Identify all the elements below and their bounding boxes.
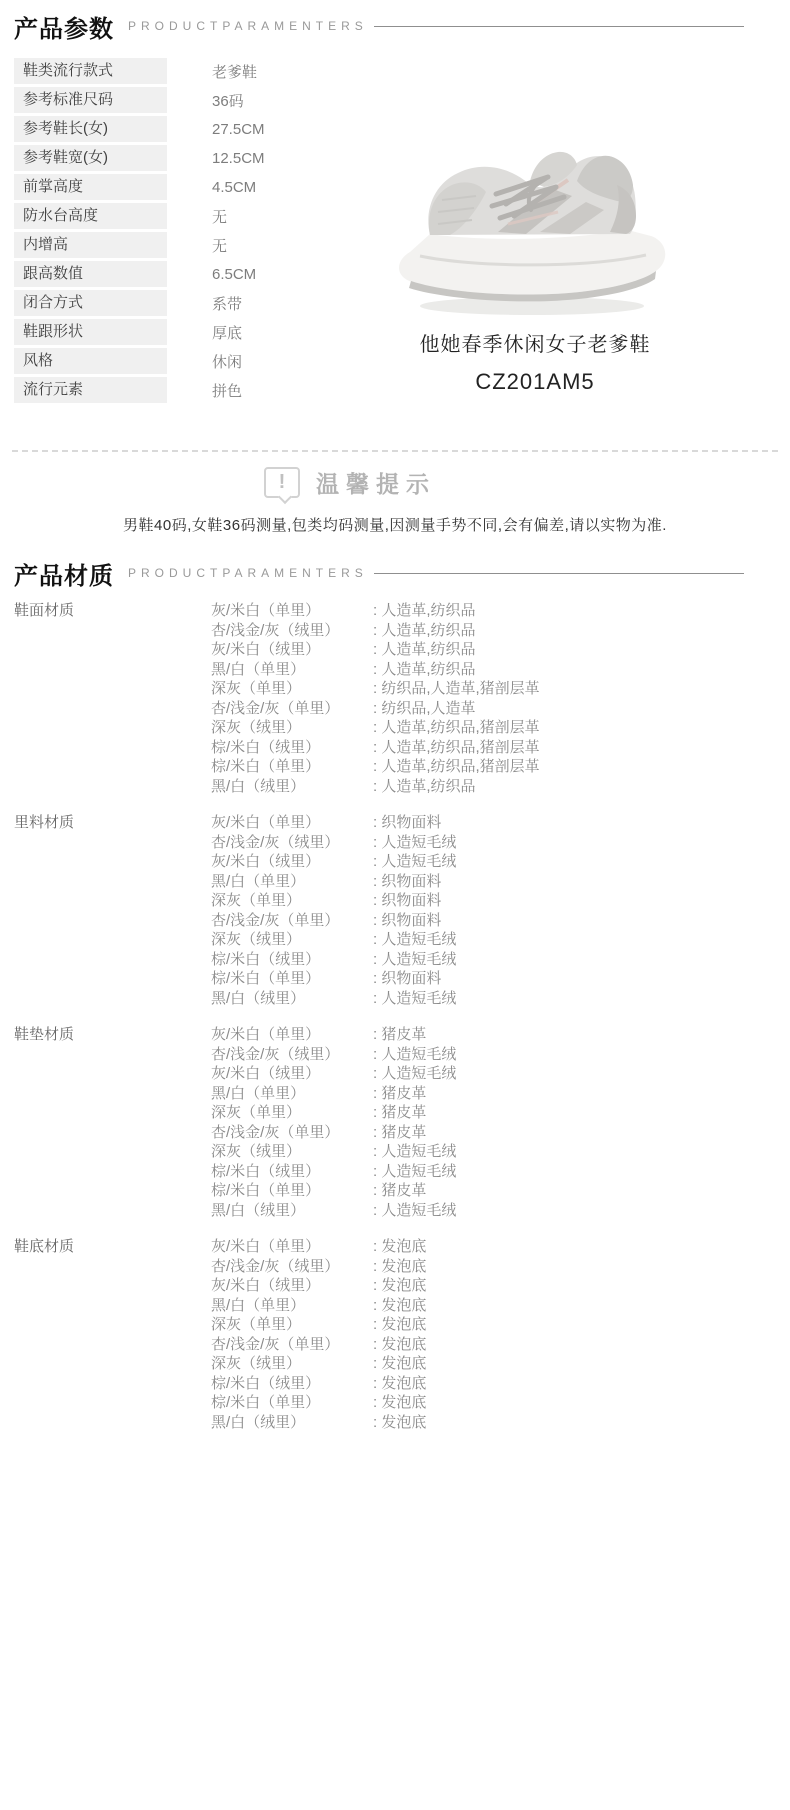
spec-table-row: 参考标准尺码 36码 xyxy=(14,87,344,113)
variant-name: 杏/浅金/灰（单里） xyxy=(211,1335,373,1355)
spec-table-row: 鞋类流行款式 老爹鞋 xyxy=(14,58,344,84)
material-value: : 织物面料 xyxy=(373,891,441,911)
material-value: : 人造短毛绒 xyxy=(373,930,456,950)
material-value: : 人造短毛绒 xyxy=(373,989,456,1009)
material-value: : 猪皮革 xyxy=(373,1025,426,1045)
material-text: 织物面料 xyxy=(381,970,441,987)
material-value: : 人造短毛绒 xyxy=(373,1162,456,1182)
material-value: : 发泡底 xyxy=(373,1393,426,1413)
material-row: 黑/白（单里） : 人造革,纺织品 xyxy=(211,660,776,680)
variant-name: 杏/浅金/灰（绒里） xyxy=(211,1045,373,1065)
material-text: 人造短毛绒 xyxy=(381,990,456,1007)
spec-value: 12.5CM xyxy=(212,150,265,167)
header-rule xyxy=(374,573,744,574)
material-text: 猪皮革 xyxy=(381,1085,426,1102)
spec-label: 防水台高度 xyxy=(14,203,167,229)
exclamation-bubble-icon: ! xyxy=(264,467,300,498)
material-text: 纺织品,人造革,猪剖层革 xyxy=(381,680,539,697)
material-row: 棕/米白（绒里） : 人造革,纺织品,猪剖层革 xyxy=(211,738,776,758)
materials-section-header: 产品材质 PRODUCTPARAMENTERS xyxy=(14,555,776,591)
dashed-divider xyxy=(12,450,778,452)
material-row: 杏/浅金/灰（绒里） : 人造短毛绒 xyxy=(211,1045,776,1065)
material-row: 杏/浅金/灰（单里） : 纺织品,人造革 xyxy=(211,699,776,719)
spec-label: 前掌高度 xyxy=(14,174,167,200)
material-row: 灰/米白（单里） : 猪皮革 xyxy=(211,1025,776,1045)
variant-name: 棕/米白（绒里） xyxy=(211,738,373,758)
material-row: 黑/白（绒里） : 人造革,纺织品 xyxy=(211,777,776,797)
params-section: 产品参数 PRODUCTPARAMENTERS 鞋类流行款式 老爹鞋 参考标准尺… xyxy=(14,8,776,406)
spec-value: 27.5CM xyxy=(212,121,265,138)
material-value: : 人造短毛绒 xyxy=(373,1064,456,1084)
material-value: : 人造革,纺织品,猪剖层革 xyxy=(373,718,540,738)
material-group-label: 鞋底材质 xyxy=(14,1237,211,1432)
material-text: 发泡底 xyxy=(381,1238,426,1255)
variant-name: 灰/米白（绒里） xyxy=(211,1064,373,1084)
material-value: : 发泡底 xyxy=(373,1237,426,1257)
spec-label: 鞋跟形状 xyxy=(14,319,167,345)
spec-table-row: 参考鞋宽(女) 12.5CM xyxy=(14,145,344,171)
tips-text: 男鞋40码,女鞋36码测量,包类均码测量,因测量手势不同,会有偏差,请以实物为准… xyxy=(14,514,776,535)
spec-table-row: 内增高 无 xyxy=(14,232,344,258)
material-value: : 织物面料 xyxy=(373,911,441,931)
variant-name: 棕/米白（单里） xyxy=(211,1181,373,1201)
variant-name: 深灰（绒里） xyxy=(211,1354,373,1374)
spec-value: 拼色 xyxy=(212,380,242,401)
material-group-insole: 鞋垫材质 灰/米白（单里） : 猪皮革 杏/浅金/灰（绒里） : 人造短毛绒 灰… xyxy=(14,1025,776,1220)
material-row: 黑/白（单里） : 织物面料 xyxy=(211,872,776,892)
material-value: : 人造革,纺织品 xyxy=(373,640,476,660)
variant-name: 棕/米白（绒里） xyxy=(211,1374,373,1394)
material-group-upper: 鞋面材质 灰/米白（单里） : 人造革,纺织品 杏/浅金/灰（绒里） : 人造革… xyxy=(14,601,776,796)
material-row: 深灰（单里） : 发泡底 xyxy=(211,1315,776,1335)
material-row: 黑/白（绒里） : 发泡底 xyxy=(211,1413,776,1433)
material-text: 织物面料 xyxy=(381,873,441,890)
variant-name: 灰/米白（单里） xyxy=(211,1025,373,1045)
material-value: : 织物面料 xyxy=(373,969,441,989)
spec-table: 鞋类流行款式 老爹鞋 参考标准尺码 36码 参考鞋长(女) 27.5CM xyxy=(14,58,344,406)
material-text: 人造短毛绒 xyxy=(381,1065,456,1082)
spec-table-row: 鞋跟形状 厚底 xyxy=(14,319,344,345)
material-row: 深灰（单里） : 纺织品,人造革,猪剖层革 xyxy=(211,679,776,699)
materials-title: 产品材质 xyxy=(14,556,114,591)
spec-value: 6.5CM xyxy=(212,266,256,283)
product-figure: 他她春季休闲女子老爹鞋 CZ201AM5 xyxy=(344,84,726,406)
material-value: : 发泡底 xyxy=(373,1257,426,1277)
material-row: 黑/白（单里） : 猪皮革 xyxy=(211,1084,776,1104)
materials-subtitle: PRODUCTPARAMENTERS xyxy=(128,566,368,580)
material-row: 棕/米白（单里） : 人造革,纺织品,猪剖层革 xyxy=(211,757,776,777)
variant-name: 深灰（绒里） xyxy=(211,930,373,950)
material-value: : 发泡底 xyxy=(373,1354,426,1374)
material-value: : 猪皮革 xyxy=(373,1181,426,1201)
spec-value: 系带 xyxy=(212,293,242,314)
variant-name: 杏/浅金/灰（绒里） xyxy=(211,1257,373,1277)
material-value: : 发泡底 xyxy=(373,1276,426,1296)
material-text: 发泡底 xyxy=(381,1394,426,1411)
material-text: 猪皮革 xyxy=(381,1104,426,1121)
variant-name: 杏/浅金/灰（单里） xyxy=(211,699,373,719)
material-value: : 发泡底 xyxy=(373,1296,426,1316)
spec-value: 4.5CM xyxy=(212,179,256,196)
material-value: : 纺织品,人造革 xyxy=(373,699,476,719)
variant-name: 深灰（绒里） xyxy=(211,718,373,738)
material-text: 人造短毛绒 xyxy=(381,853,456,870)
material-row: 杏/浅金/灰（绒里） : 人造短毛绒 xyxy=(211,833,776,853)
material-value: : 人造短毛绒 xyxy=(373,1201,456,1221)
material-value: : 人造革,纺织品 xyxy=(373,601,476,621)
variant-name: 灰/米白（单里） xyxy=(211,813,373,833)
material-value: : 猪皮革 xyxy=(373,1084,426,1104)
material-value: : 人造革,纺织品,猪剖层革 xyxy=(373,738,540,758)
material-group-outsole: 鞋底材质 灰/米白（单里） : 发泡底 杏/浅金/灰（绒里） : 发泡底 灰/米… xyxy=(14,1237,776,1432)
spec-table-row: 流行元素 拼色 xyxy=(14,377,344,403)
material-group-lining: 里料材质 灰/米白（单里） : 织物面料 杏/浅金/灰（绒里） : 人造短毛绒 … xyxy=(14,813,776,1008)
material-row: 棕/米白（单里） : 织物面料 xyxy=(211,969,776,989)
variant-name: 棕/米白（绒里） xyxy=(211,1162,373,1182)
material-row: 棕/米白（单里） : 发泡底 xyxy=(211,1393,776,1413)
material-text: 发泡底 xyxy=(381,1336,426,1353)
material-value: : 猪皮革 xyxy=(373,1123,426,1143)
spec-table-row: 前掌高度 4.5CM xyxy=(14,174,344,200)
material-text: 人造短毛绒 xyxy=(381,931,456,948)
variant-name: 黑/白（绒里） xyxy=(211,1413,373,1433)
material-text: 发泡底 xyxy=(381,1277,426,1294)
material-text: 发泡底 xyxy=(381,1297,426,1314)
material-text: 人造短毛绒 xyxy=(381,1046,456,1063)
variant-name: 深灰（单里） xyxy=(211,679,373,699)
material-value: : 织物面料 xyxy=(373,813,441,833)
variant-name: 灰/米白（单里） xyxy=(211,1237,373,1257)
variant-name: 灰/米白（绒里） xyxy=(211,640,373,660)
spec-label: 参考鞋长(女) xyxy=(14,116,167,142)
material-value: : 发泡底 xyxy=(373,1413,426,1433)
material-value: : 人造革,纺织品 xyxy=(373,660,476,680)
material-rows: 灰/米白（单里） : 发泡底 杏/浅金/灰（绒里） : 发泡底 灰/米白（绒里）… xyxy=(211,1237,776,1432)
material-text: 人造革,纺织品 xyxy=(381,602,475,619)
spec-value: 36码 xyxy=(212,90,244,111)
material-row: 杏/浅金/灰（绒里） : 人造革,纺织品 xyxy=(211,621,776,641)
variant-name: 黑/白（单里） xyxy=(211,1084,373,1104)
exclamation-glyph: ! xyxy=(279,472,286,492)
material-text: 猪皮革 xyxy=(381,1182,426,1199)
material-group-label: 鞋面材质 xyxy=(14,601,211,796)
variant-name: 灰/米白（绒里） xyxy=(211,1276,373,1296)
material-text: 人造革,纺织品 xyxy=(381,778,475,795)
variant-name: 黑/白（单里） xyxy=(211,660,373,680)
tips-header: ! 温馨提示 xyxy=(14,462,686,502)
spec-label: 参考鞋宽(女) xyxy=(14,145,167,171)
material-group-label: 鞋垫材质 xyxy=(14,1025,211,1220)
material-rows: 灰/米白（单里） : 猪皮革 杏/浅金/灰（绒里） : 人造短毛绒 灰/米白（绒… xyxy=(211,1025,776,1220)
material-value: : 人造革,纺织品,猪剖层革 xyxy=(373,757,540,777)
params-title: 产品参数 xyxy=(14,9,114,44)
material-text: 人造革,纺织品 xyxy=(381,641,475,658)
variant-name: 杏/浅金/灰（单里） xyxy=(211,911,373,931)
header-rule xyxy=(374,26,744,27)
material-row: 灰/米白（绒里） : 人造革,纺织品 xyxy=(211,640,776,660)
material-row: 灰/米白（单里） : 人造革,纺织品 xyxy=(211,601,776,621)
material-value: : 人造革,纺织品 xyxy=(373,621,476,641)
material-value: : 纺织品,人造革,猪剖层革 xyxy=(373,679,540,699)
spec-label: 闭合方式 xyxy=(14,290,167,316)
material-value: : 人造短毛绒 xyxy=(373,950,456,970)
material-row: 棕/米白（绒里） : 人造短毛绒 xyxy=(211,1162,776,1182)
material-text: 人造革,纺织品,猪剖层革 xyxy=(381,758,539,775)
variant-name: 深灰（单里） xyxy=(211,1315,373,1335)
spec-label: 参考标准尺码 xyxy=(14,87,167,113)
spec-table-row: 防水台高度 无 xyxy=(14,203,344,229)
material-text: 织物面料 xyxy=(381,814,441,831)
material-row: 灰/米白（绒里） : 人造短毛绒 xyxy=(211,852,776,872)
variant-name: 棕/米白（绒里） xyxy=(211,950,373,970)
variant-name: 棕/米白（单里） xyxy=(211,1393,373,1413)
material-row: 深灰（绒里） : 发泡底 xyxy=(211,1354,776,1374)
tips-title: 温馨提示 xyxy=(316,466,436,499)
material-value: : 织物面料 xyxy=(373,872,441,892)
material-text: 人造革,纺织品,猪剖层革 xyxy=(381,719,539,736)
variant-name: 棕/米白（单里） xyxy=(211,969,373,989)
material-text: 发泡底 xyxy=(381,1316,426,1333)
material-text: 人造短毛绒 xyxy=(381,1143,456,1160)
spec-value: 老爹鞋 xyxy=(212,61,257,82)
spec-value: 休闲 xyxy=(212,351,242,372)
spec-table-row: 参考鞋长(女) 27.5CM xyxy=(14,116,344,142)
material-row: 棕/米白（单里） : 猪皮革 xyxy=(211,1181,776,1201)
materials-section: 产品材质 PRODUCTPARAMENTERS 鞋面材质 灰/米白（单里） : … xyxy=(14,555,776,1432)
material-text: 猪皮革 xyxy=(381,1026,426,1043)
material-value: : 人造革,纺织品 xyxy=(373,777,476,797)
variant-name: 黑/白（绒里） xyxy=(211,1201,373,1221)
material-row: 杏/浅金/灰（绒里） : 发泡底 xyxy=(211,1257,776,1277)
spec-label: 鞋类流行款式 xyxy=(14,58,167,84)
material-value: : 人造短毛绒 xyxy=(373,1142,456,1162)
material-row: 深灰（绒里） : 人造短毛绒 xyxy=(211,1142,776,1162)
tips-section: ! 温馨提示 男鞋40码,女鞋36码测量,包类均码测量,因测量手势不同,会有偏差… xyxy=(14,462,776,535)
variant-name: 杏/浅金/灰（绒里） xyxy=(211,833,373,853)
material-row: 深灰（绒里） : 人造短毛绒 xyxy=(211,930,776,950)
spec-value: 厚底 xyxy=(212,322,242,343)
material-text: 人造短毛绒 xyxy=(381,1202,456,1219)
material-row: 灰/米白（单里） : 织物面料 xyxy=(211,813,776,833)
material-row: 灰/米白（单里） : 发泡底 xyxy=(211,1237,776,1257)
material-rows: 灰/米白（单里） : 人造革,纺织品 杏/浅金/灰（绒里） : 人造革,纺织品 … xyxy=(211,601,776,796)
material-row: 深灰（单里） : 猪皮革 xyxy=(211,1103,776,1123)
material-value: : 人造短毛绒 xyxy=(373,833,456,853)
material-text: 织物面料 xyxy=(381,912,441,929)
variant-name: 黑/白（绒里） xyxy=(211,989,373,1009)
material-row: 杏/浅金/灰（单里） : 发泡底 xyxy=(211,1335,776,1355)
material-value: : 猪皮革 xyxy=(373,1103,426,1123)
product-name: 他她春季休闲女子老爹鞋 xyxy=(344,328,726,357)
material-row: 杏/浅金/灰（单里） : 织物面料 xyxy=(211,911,776,931)
variant-name: 棕/米白（单里） xyxy=(211,757,373,777)
product-code: CZ201AM5 xyxy=(344,369,726,395)
material-text: 人造革,纺织品 xyxy=(381,661,475,678)
material-text: 人造短毛绒 xyxy=(381,834,456,851)
variant-name: 黑/白（单里） xyxy=(211,872,373,892)
material-group-label: 里料材质 xyxy=(14,813,211,1008)
variant-name: 黑/白（单里） xyxy=(211,1296,373,1316)
spec-table-row: 风格 休闲 xyxy=(14,348,344,374)
material-row: 深灰（绒里） : 人造革,纺织品,猪剖层革 xyxy=(211,718,776,738)
spec-value: 无 xyxy=(212,206,227,227)
material-text: 猪皮革 xyxy=(381,1124,426,1141)
variant-name: 深灰（绒里） xyxy=(211,1142,373,1162)
material-value: : 发泡底 xyxy=(373,1374,426,1394)
material-text: 人造革,纺织品,猪剖层革 xyxy=(381,739,539,756)
material-rows: 灰/米白（单里） : 织物面料 杏/浅金/灰（绒里） : 人造短毛绒 灰/米白（… xyxy=(211,813,776,1008)
material-text: 发泡底 xyxy=(381,1258,426,1275)
material-text: 人造短毛绒 xyxy=(381,1163,456,1180)
material-value: : 发泡底 xyxy=(373,1315,426,1335)
material-value: : 人造短毛绒 xyxy=(373,1045,456,1065)
spec-table-row: 跟高数值 6.5CM xyxy=(14,261,344,287)
material-text: 人造革,纺织品 xyxy=(381,622,475,639)
material-row: 杏/浅金/灰（单里） : 猪皮革 xyxy=(211,1123,776,1143)
spec-value: 无 xyxy=(212,235,227,256)
material-row: 黑/白（单里） : 发泡底 xyxy=(211,1296,776,1316)
material-text: 织物面料 xyxy=(381,892,441,909)
material-row: 棕/米白（绒里） : 发泡底 xyxy=(211,1374,776,1394)
variant-name: 黑/白（绒里） xyxy=(211,777,373,797)
variant-name: 杏/浅金/灰（绒里） xyxy=(211,621,373,641)
variant-name: 灰/米白（绒里） xyxy=(211,852,373,872)
variant-name: 杏/浅金/灰（单里） xyxy=(211,1123,373,1143)
spec-label: 内增高 xyxy=(14,232,167,258)
variant-name: 灰/米白（单里） xyxy=(211,601,373,621)
material-text: 发泡底 xyxy=(381,1414,426,1431)
material-row: 黑/白（绒里） : 人造短毛绒 xyxy=(211,1201,776,1221)
sneaker-product-image xyxy=(380,84,690,322)
spec-label: 跟高数值 xyxy=(14,261,167,287)
material-text: 纺织品,人造革 xyxy=(381,700,475,717)
material-text: 人造短毛绒 xyxy=(381,951,456,968)
variant-name: 深灰（单里） xyxy=(211,891,373,911)
spec-table-row: 闭合方式 系带 xyxy=(14,290,344,316)
params-subtitle: PRODUCTPARAMENTERS xyxy=(128,19,368,33)
material-row: 深灰（单里） : 织物面料 xyxy=(211,891,776,911)
product-detail-page: 产品参数 PRODUCTPARAMENTERS 鞋类流行款式 老爹鞋 参考标准尺… xyxy=(0,0,790,1432)
params-section-header: 产品参数 PRODUCTPARAMENTERS xyxy=(14,8,776,44)
material-text: 发泡底 xyxy=(381,1375,426,1392)
spec-label: 风格 xyxy=(14,348,167,374)
spec-label: 流行元素 xyxy=(14,377,167,403)
material-row: 棕/米白（绒里） : 人造短毛绒 xyxy=(211,950,776,970)
material-value: : 发泡底 xyxy=(373,1335,426,1355)
material-value: : 人造短毛绒 xyxy=(373,852,456,872)
material-row: 灰/米白（绒里） : 发泡底 xyxy=(211,1276,776,1296)
variant-name: 深灰（单里） xyxy=(211,1103,373,1123)
material-text: 发泡底 xyxy=(381,1355,426,1372)
material-row: 黑/白（绒里） : 人造短毛绒 xyxy=(211,989,776,1009)
material-row: 灰/米白（绒里） : 人造短毛绒 xyxy=(211,1064,776,1084)
